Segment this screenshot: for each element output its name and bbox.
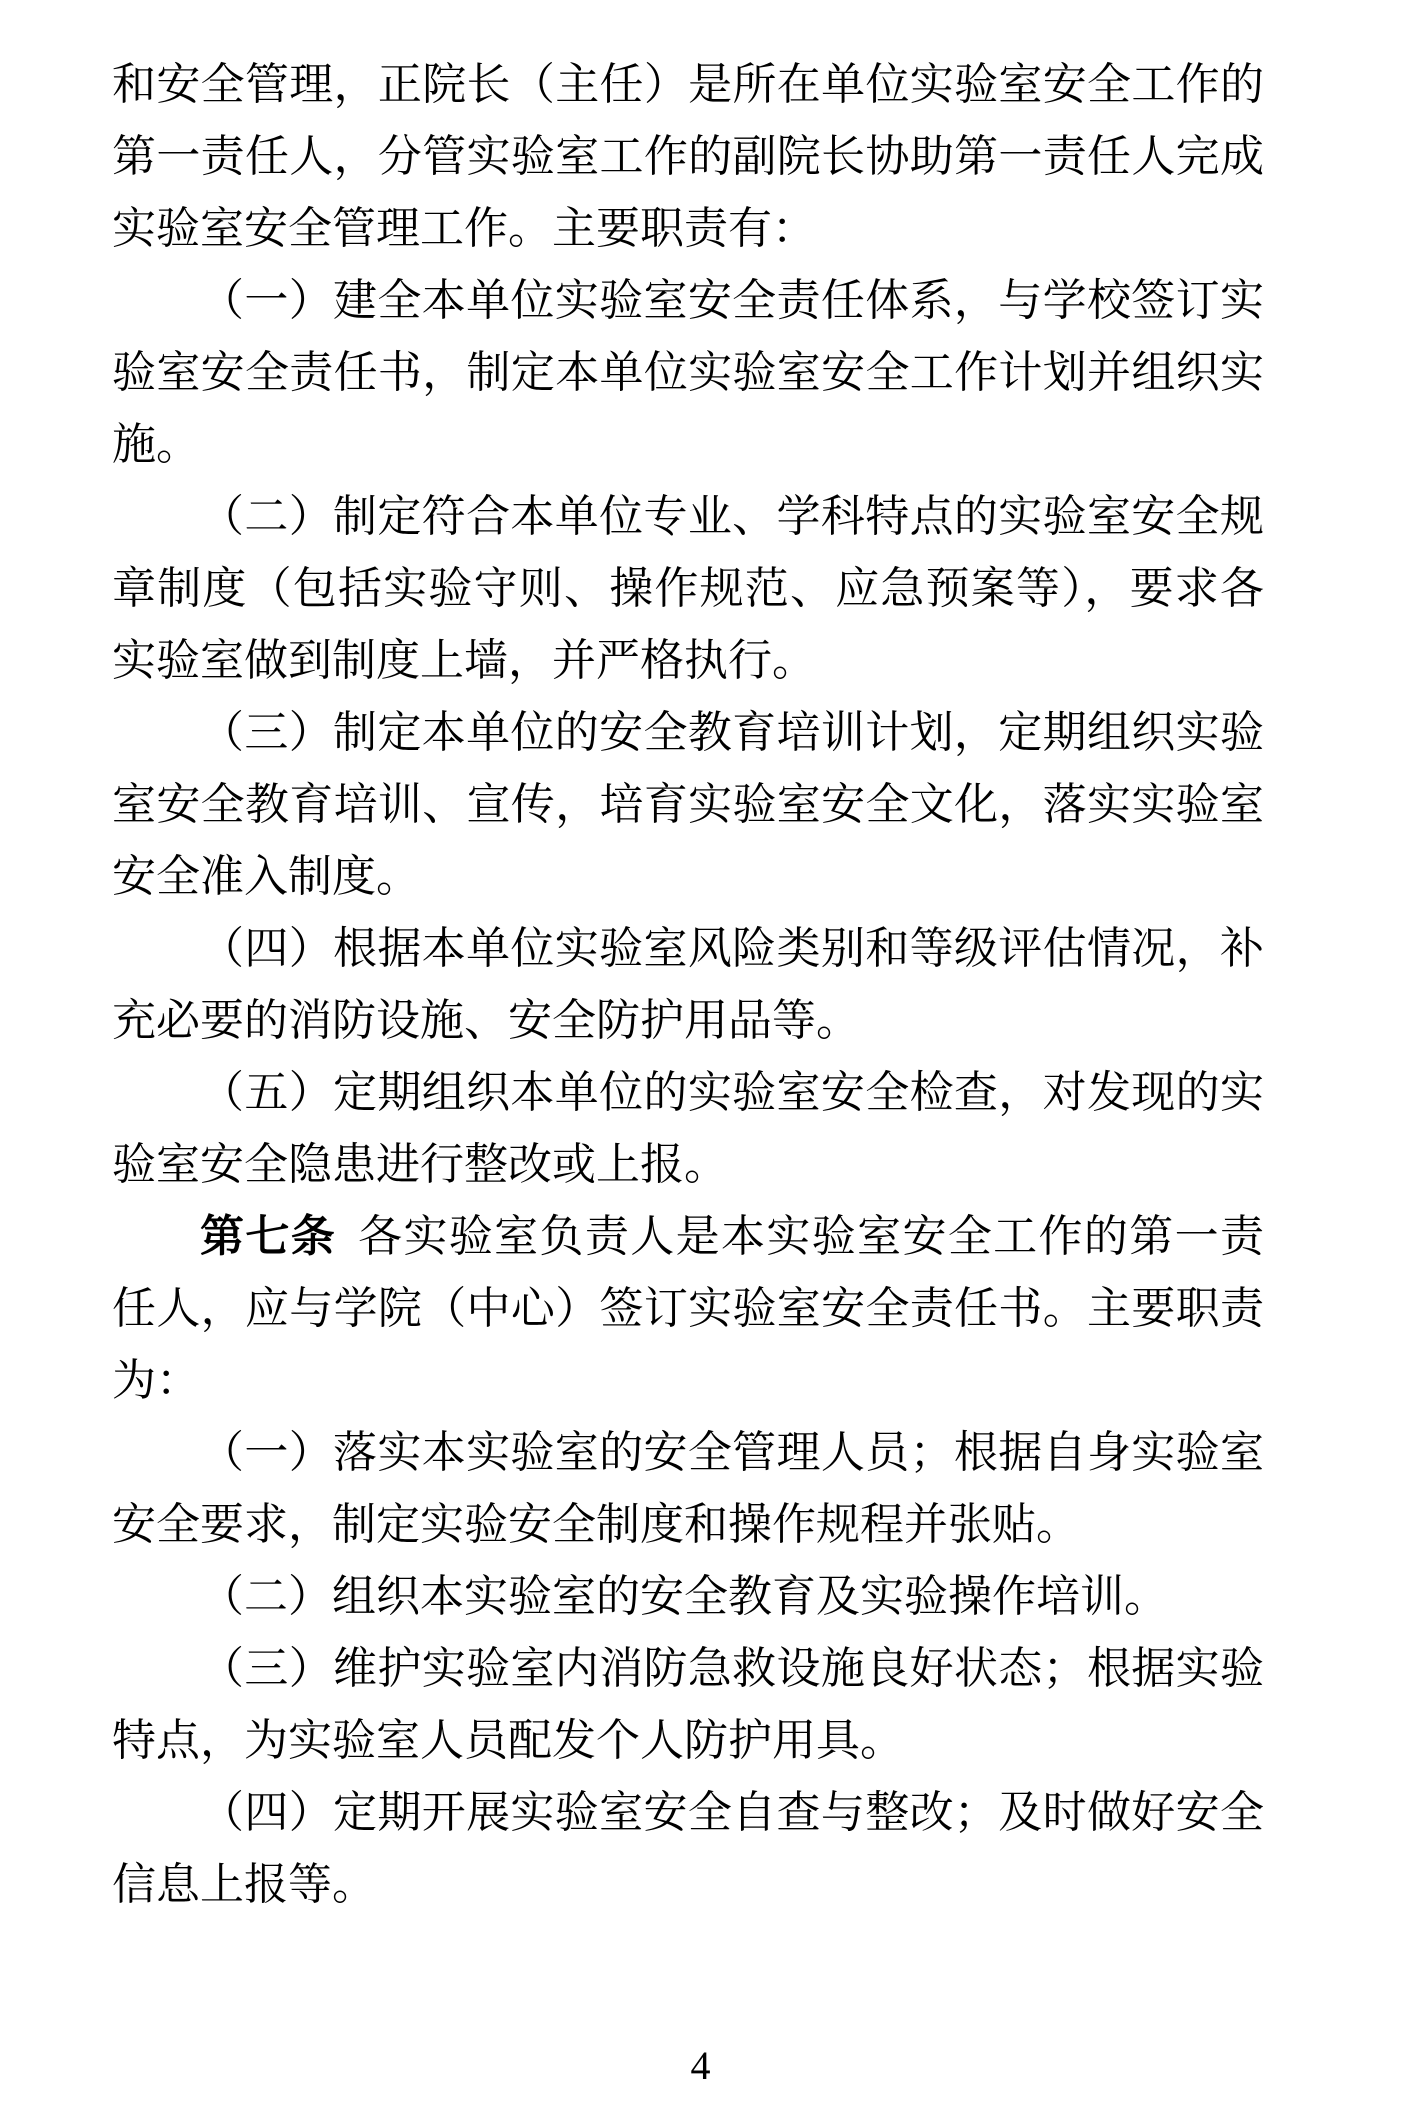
text-line: （四）根据本单位实验室风险类别和等级评估情况，补: [112, 913, 1264, 985]
text-line: （三）制定本单位的安全教育培训计划，定期组织实验: [112, 697, 1264, 769]
text-line: 安全准入制度。: [112, 841, 1264, 913]
article-heading-line: 第七条各实验室负责人是本实验室安全工作的第一责: [112, 1201, 1264, 1273]
text-line: 验室安全责任书，制定本单位实验室安全工作计划并组织实: [112, 337, 1264, 409]
text-line: 实验室安全管理工作。主要职责有：: [112, 193, 1264, 265]
text-line: 第一责任人，分管实验室工作的副院长协助第一责任人完成: [112, 121, 1264, 193]
text-line: 施。: [112, 409, 1264, 481]
text-line: 室安全教育培训、宣传，培育实验室安全文化，落实实验室: [112, 769, 1264, 841]
text-line: 任人，应与学院（中心）签订实验室安全责任书。主要职责: [112, 1273, 1264, 1345]
article-number: 第七条: [200, 1212, 336, 1261]
document-body: 和安全管理，正院长（主任）是所在单位实验室安全工作的第一责任人，分管实验室工作的…: [112, 49, 1264, 1921]
text-line: （一）落实本实验室的安全管理人员；根据自身实验室: [112, 1417, 1264, 1489]
text-line: （二）组织本实验室的安全教育及实验操作培训。: [112, 1561, 1264, 1633]
page-number: 4: [0, 2030, 1401, 2101]
text-line: 信息上报等。: [112, 1849, 1264, 1921]
text-line: 安全要求，制定实验安全制度和操作规程并张贴。: [112, 1489, 1264, 1561]
text-line: 特点，为实验室人员配发个人防护用具。: [112, 1705, 1264, 1777]
text-line: （四）定期开展实验室安全自查与整改；及时做好安全: [112, 1777, 1264, 1849]
text-line: 验室安全隐患进行整改或上报。: [112, 1129, 1264, 1201]
text-line: 充必要的消防设施、安全防护用品等。: [112, 985, 1264, 1057]
document-page: 和安全管理，正院长（主任）是所在单位实验室安全工作的第一责任人，分管实验室工作的…: [0, 0, 1401, 2101]
text-line: 为：: [112, 1345, 1264, 1417]
text-line: （二）制定符合本单位专业、学科特点的实验室安全规: [112, 481, 1264, 553]
line-text: 各实验室负责人是本实验室安全工作的第一责: [358, 1212, 1264, 1261]
text-line: （五）定期组织本单位的实验室安全检查，对发现的实: [112, 1057, 1264, 1129]
text-line: 实验室做到制度上墙，并严格执行。: [112, 625, 1264, 697]
text-line: 章制度（包括实验守则、操作规范、应急预案等），要求各: [112, 553, 1264, 625]
text-line: （三）维护实验室内消防急救设施良好状态；根据实验: [112, 1633, 1264, 1705]
text-line: （一）建全本单位实验室安全责任体系，与学校签订实: [112, 265, 1264, 337]
text-line: 和安全管理，正院长（主任）是所在单位实验室安全工作的: [112, 49, 1264, 121]
